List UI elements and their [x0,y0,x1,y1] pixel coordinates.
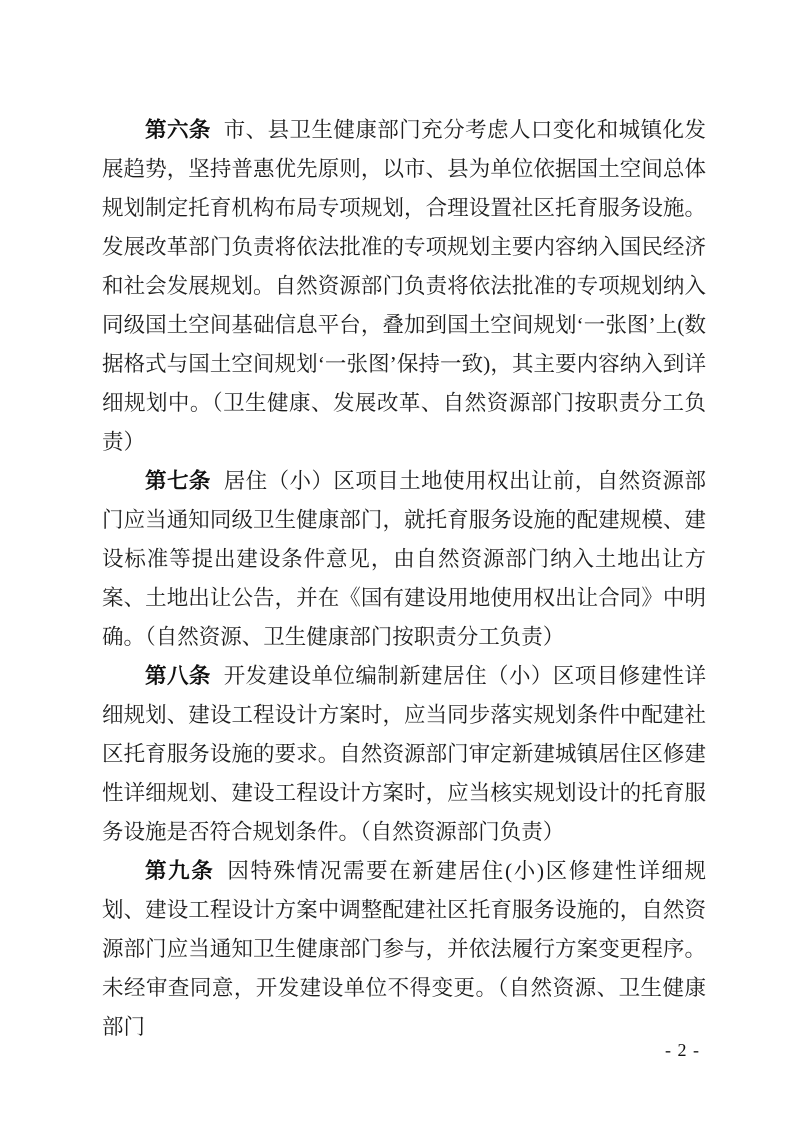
article-text: 居住（小）区项目土地使用权出让前，自然资源部门应当通知同级卫生健康部门，就托育服… [102,469,706,649]
article-number: 第六条 [145,118,211,142]
page-number: - 2 - [665,1040,700,1060]
article-text: 因特殊情况需要在新建居住(小)区修建性详细规划、建设工程设计方案中调整配建社区托… [102,859,706,1039]
article-number: 第七条 [145,469,211,493]
document-page: 第六条市、县卫生健康部门充分考虑人口变化和城镇化发展趋势，坚持普惠优先原则，以市… [102,111,706,1047]
article-paragraph-9: 第九条因特殊情况需要在新建居住(小)区修建性详细规划、建设工程设计方案中调整配建… [102,852,706,1047]
article-number: 第九条 [145,859,214,883]
article-number: 第八条 [145,664,211,688]
document-body: 第六条市、县卫生健康部门充分考虑人口变化和城镇化发展趋势，坚持普惠优先原则，以市… [102,111,706,1047]
article-paragraph-7: 第七条居住（小）区项目土地使用权出让前，自然资源部门应当通知同级卫生健康部门，就… [102,462,706,657]
article-text: 市、县卫生健康部门充分考虑人口变化和城镇化发展趋势，坚持普惠优先原则，以市、县为… [102,118,706,454]
article-text: 开发建设单位编制新建居住（小）区项目修建性详细规划、建设工程设计方案时，应当同步… [102,664,706,844]
article-paragraph-6: 第六条市、县卫生健康部门充分考虑人口变化和城镇化发展趋势，坚持普惠优先原则，以市… [102,111,706,462]
article-paragraph-8: 第八条开发建设单位编制新建居住（小）区项目修建性详细规划、建设工程设计方案时，应… [102,657,706,852]
